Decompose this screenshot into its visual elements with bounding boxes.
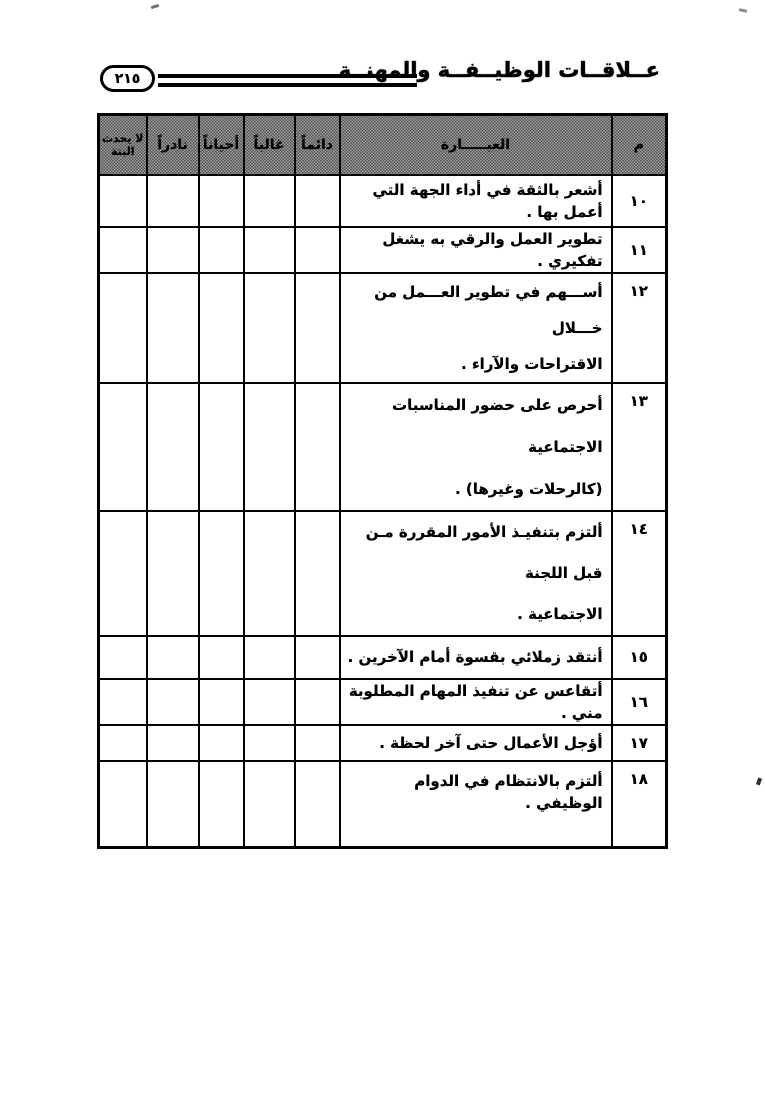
answer-cell-sometimes <box>199 273 244 383</box>
answer-cell-never <box>99 273 147 383</box>
scan-artifact <box>739 8 747 13</box>
statement-text: تطوير العمل والرقي به يشغل تفكيري . <box>340 227 612 273</box>
row-number: ١٦ <box>612 679 667 725</box>
answer-cell-never <box>99 383 147 511</box>
statement-text: أنتقد زملائي بقسوة أمام الآخرين . <box>340 636 612 679</box>
answer-cell-rarely <box>147 175 199 227</box>
answer-cell-never <box>99 511 147 636</box>
answer-cell-rarely <box>147 511 199 636</box>
answer-cell-sometimes <box>199 679 244 725</box>
scan-artifact <box>151 4 160 9</box>
answer-cell-sometimes <box>199 383 244 511</box>
answer-cell-rarely <box>147 725 199 761</box>
answer-cell-never <box>99 636 147 679</box>
scan-artifact <box>756 778 762 786</box>
answer-cell-rarely <box>147 227 199 273</box>
row-number: ١٠ <box>612 175 667 227</box>
answer-cell-sometimes <box>199 761 244 848</box>
row-number: ١٣ <box>612 383 667 511</box>
column-header-often: غالباً <box>244 115 295 175</box>
answer-cell-sometimes <box>199 175 244 227</box>
answer-cell-sometimes <box>199 511 244 636</box>
answer-cell-rarely <box>147 636 199 679</box>
answer-cell-never <box>99 175 147 227</box>
table-row: ١٢أســـهم في تطوير العـــمل من خـــلال ا… <box>99 273 667 383</box>
row-number: ١٨ <box>612 761 667 848</box>
row-number: ١١ <box>612 227 667 273</box>
statement-text: ألتزم بتنفيـذ الأمور المقررة مـن قبل الل… <box>340 511 612 636</box>
column-header-sometimes: أحياناً <box>199 115 244 175</box>
answer-cell-often <box>244 511 295 636</box>
book-page: ٢١٥ عــلاقــات الوظيــفــة والمهنــة م ا… <box>0 0 765 1107</box>
table-row: ١٣أحرص على حضور المناسبات الاجتماعية (كا… <box>99 383 667 511</box>
column-header-never: لا يحدث البتة <box>99 115 147 175</box>
answer-cell-never <box>99 725 147 761</box>
answer-cell-always <box>295 175 340 227</box>
row-number: ١٧ <box>612 725 667 761</box>
answer-cell-always <box>295 679 340 725</box>
row-number: ١٢ <box>612 273 667 383</box>
table-header-row: م العبـــــارة دائماً غالباً أحياناً ناد… <box>99 115 667 175</box>
answer-cell-sometimes <box>199 725 244 761</box>
answer-cell-often <box>244 383 295 511</box>
answer-cell-never <box>99 227 147 273</box>
answer-cell-rarely <box>147 383 199 511</box>
table-row: ١٥أنتقد زملائي بقسوة أمام الآخرين . <box>99 636 667 679</box>
answer-cell-rarely <box>147 761 199 848</box>
column-header-number: م <box>612 115 667 175</box>
statement-text: أتقاعس عن تنفيذ المهام المطلوبة مني . <box>340 679 612 725</box>
table-row: ١٨ألتزم بالانتظام في الدوام الوظيفي . <box>99 761 667 848</box>
answer-cell-often <box>244 273 295 383</box>
statement-text: أشعر بالثقة في أداء الجهة التي أعمل بها … <box>340 175 612 227</box>
statement-text: أســـهم في تطوير العـــمل من خـــلال الا… <box>340 273 612 383</box>
table-row: ١٤ألتزم بتنفيـذ الأمور المقررة مـن قبل ا… <box>99 511 667 636</box>
answer-cell-always <box>295 273 340 383</box>
answer-cell-never <box>99 761 147 848</box>
page-number-badge: ٢١٥ <box>100 65 155 92</box>
statement-text: ألتزم بالانتظام في الدوام الوظيفي . <box>340 761 612 848</box>
answer-cell-always <box>295 636 340 679</box>
answer-cell-often <box>244 636 295 679</box>
column-header-statement: العبـــــارة <box>340 115 612 175</box>
answer-cell-always <box>295 383 340 511</box>
answer-cell-rarely <box>147 679 199 725</box>
answer-cell-always <box>295 511 340 636</box>
table-row: ١٧أؤجل الأعمال حتى آخر لحظة . <box>99 725 667 761</box>
table-row: ١١تطوير العمل والرقي به يشغل تفكيري . <box>99 227 667 273</box>
answer-cell-often <box>244 679 295 725</box>
survey-table: م العبـــــارة دائماً غالباً أحياناً ناد… <box>97 113 668 849</box>
answer-cell-often <box>244 175 295 227</box>
answer-cell-always <box>295 761 340 848</box>
page-number: ٢١٥ <box>115 71 141 87</box>
statement-text: أؤجل الأعمال حتى آخر لحظة . <box>340 725 612 761</box>
answer-cell-often <box>244 761 295 848</box>
column-header-always: دائماً <box>295 115 340 175</box>
column-header-rarely: نادراً <box>147 115 199 175</box>
answer-cell-rarely <box>147 273 199 383</box>
answer-cell-sometimes <box>199 227 244 273</box>
table-row: ١٦أتقاعس عن تنفيذ المهام المطلوبة مني . <box>99 679 667 725</box>
answer-cell-sometimes <box>199 636 244 679</box>
chapter-title: عــلاقــات الوظيــفــة والمهنــة <box>339 58 660 94</box>
table-row: ١٠أشعر بالثقة في أداء الجهة التي أعمل به… <box>99 175 667 227</box>
survey-rows: ١٠أشعر بالثقة في أداء الجهة التي أعمل به… <box>99 175 667 848</box>
answer-cell-always <box>295 227 340 273</box>
statement-text: أحرص على حضور المناسبات الاجتماعية (كالر… <box>340 383 612 511</box>
answer-cell-never <box>99 679 147 725</box>
answer-cell-often <box>244 725 295 761</box>
answer-cell-often <box>244 227 295 273</box>
row-number: ١٥ <box>612 636 667 679</box>
answer-cell-always <box>295 725 340 761</box>
row-number: ١٤ <box>612 511 667 636</box>
